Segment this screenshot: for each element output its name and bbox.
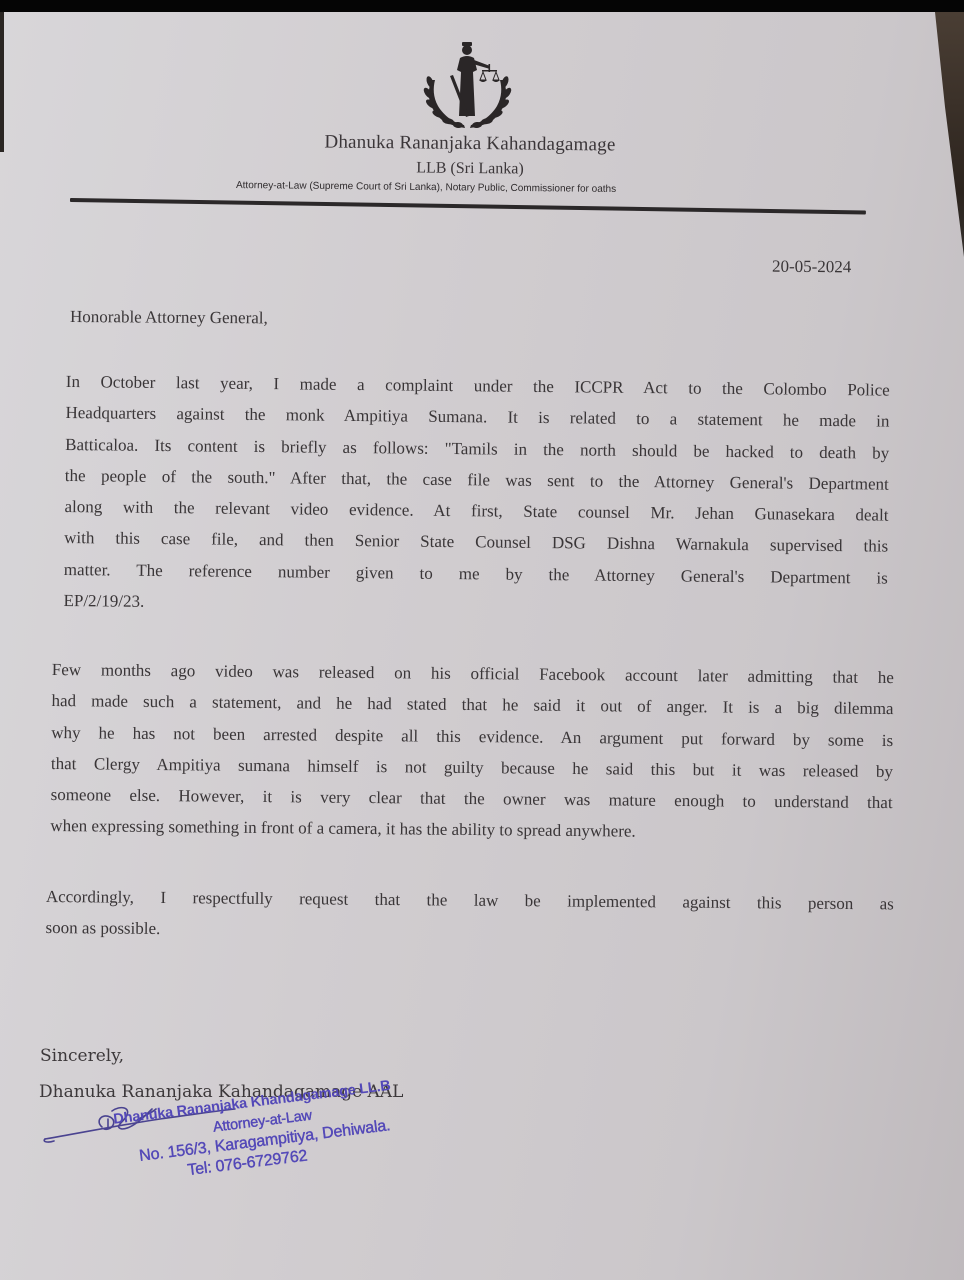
body-paragraph-2: Few months ago video was released on his…	[50, 654, 894, 850]
letter-page: Dhanuka Rananjaka Kahandagamage LLB (Sri…	[0, 12, 964, 1280]
closing: Sincerely,	[40, 1046, 124, 1066]
salutation: Honorable Attorney General,	[70, 307, 268, 328]
body-paragraph-1: In October last year, I made a complaint…	[63, 366, 890, 625]
letterhead-titles: Attorney-at-Law (Supreme Court of Sri La…	[236, 180, 616, 195]
photo-top-border	[0, 0, 964, 12]
letter-date: 20-05-2024	[772, 257, 851, 278]
body-paragraph-3: Accordingly, I respectfully request that…	[45, 881, 894, 951]
letterhead-name: Dhanuka Rananjaka Kahandagamage	[0, 128, 940, 160]
letterhead-divider	[70, 198, 866, 215]
lady-justice-emblem-icon	[420, 30, 515, 130]
letterhead-degree: LLB (Sri Lanka)	[0, 155, 940, 183]
